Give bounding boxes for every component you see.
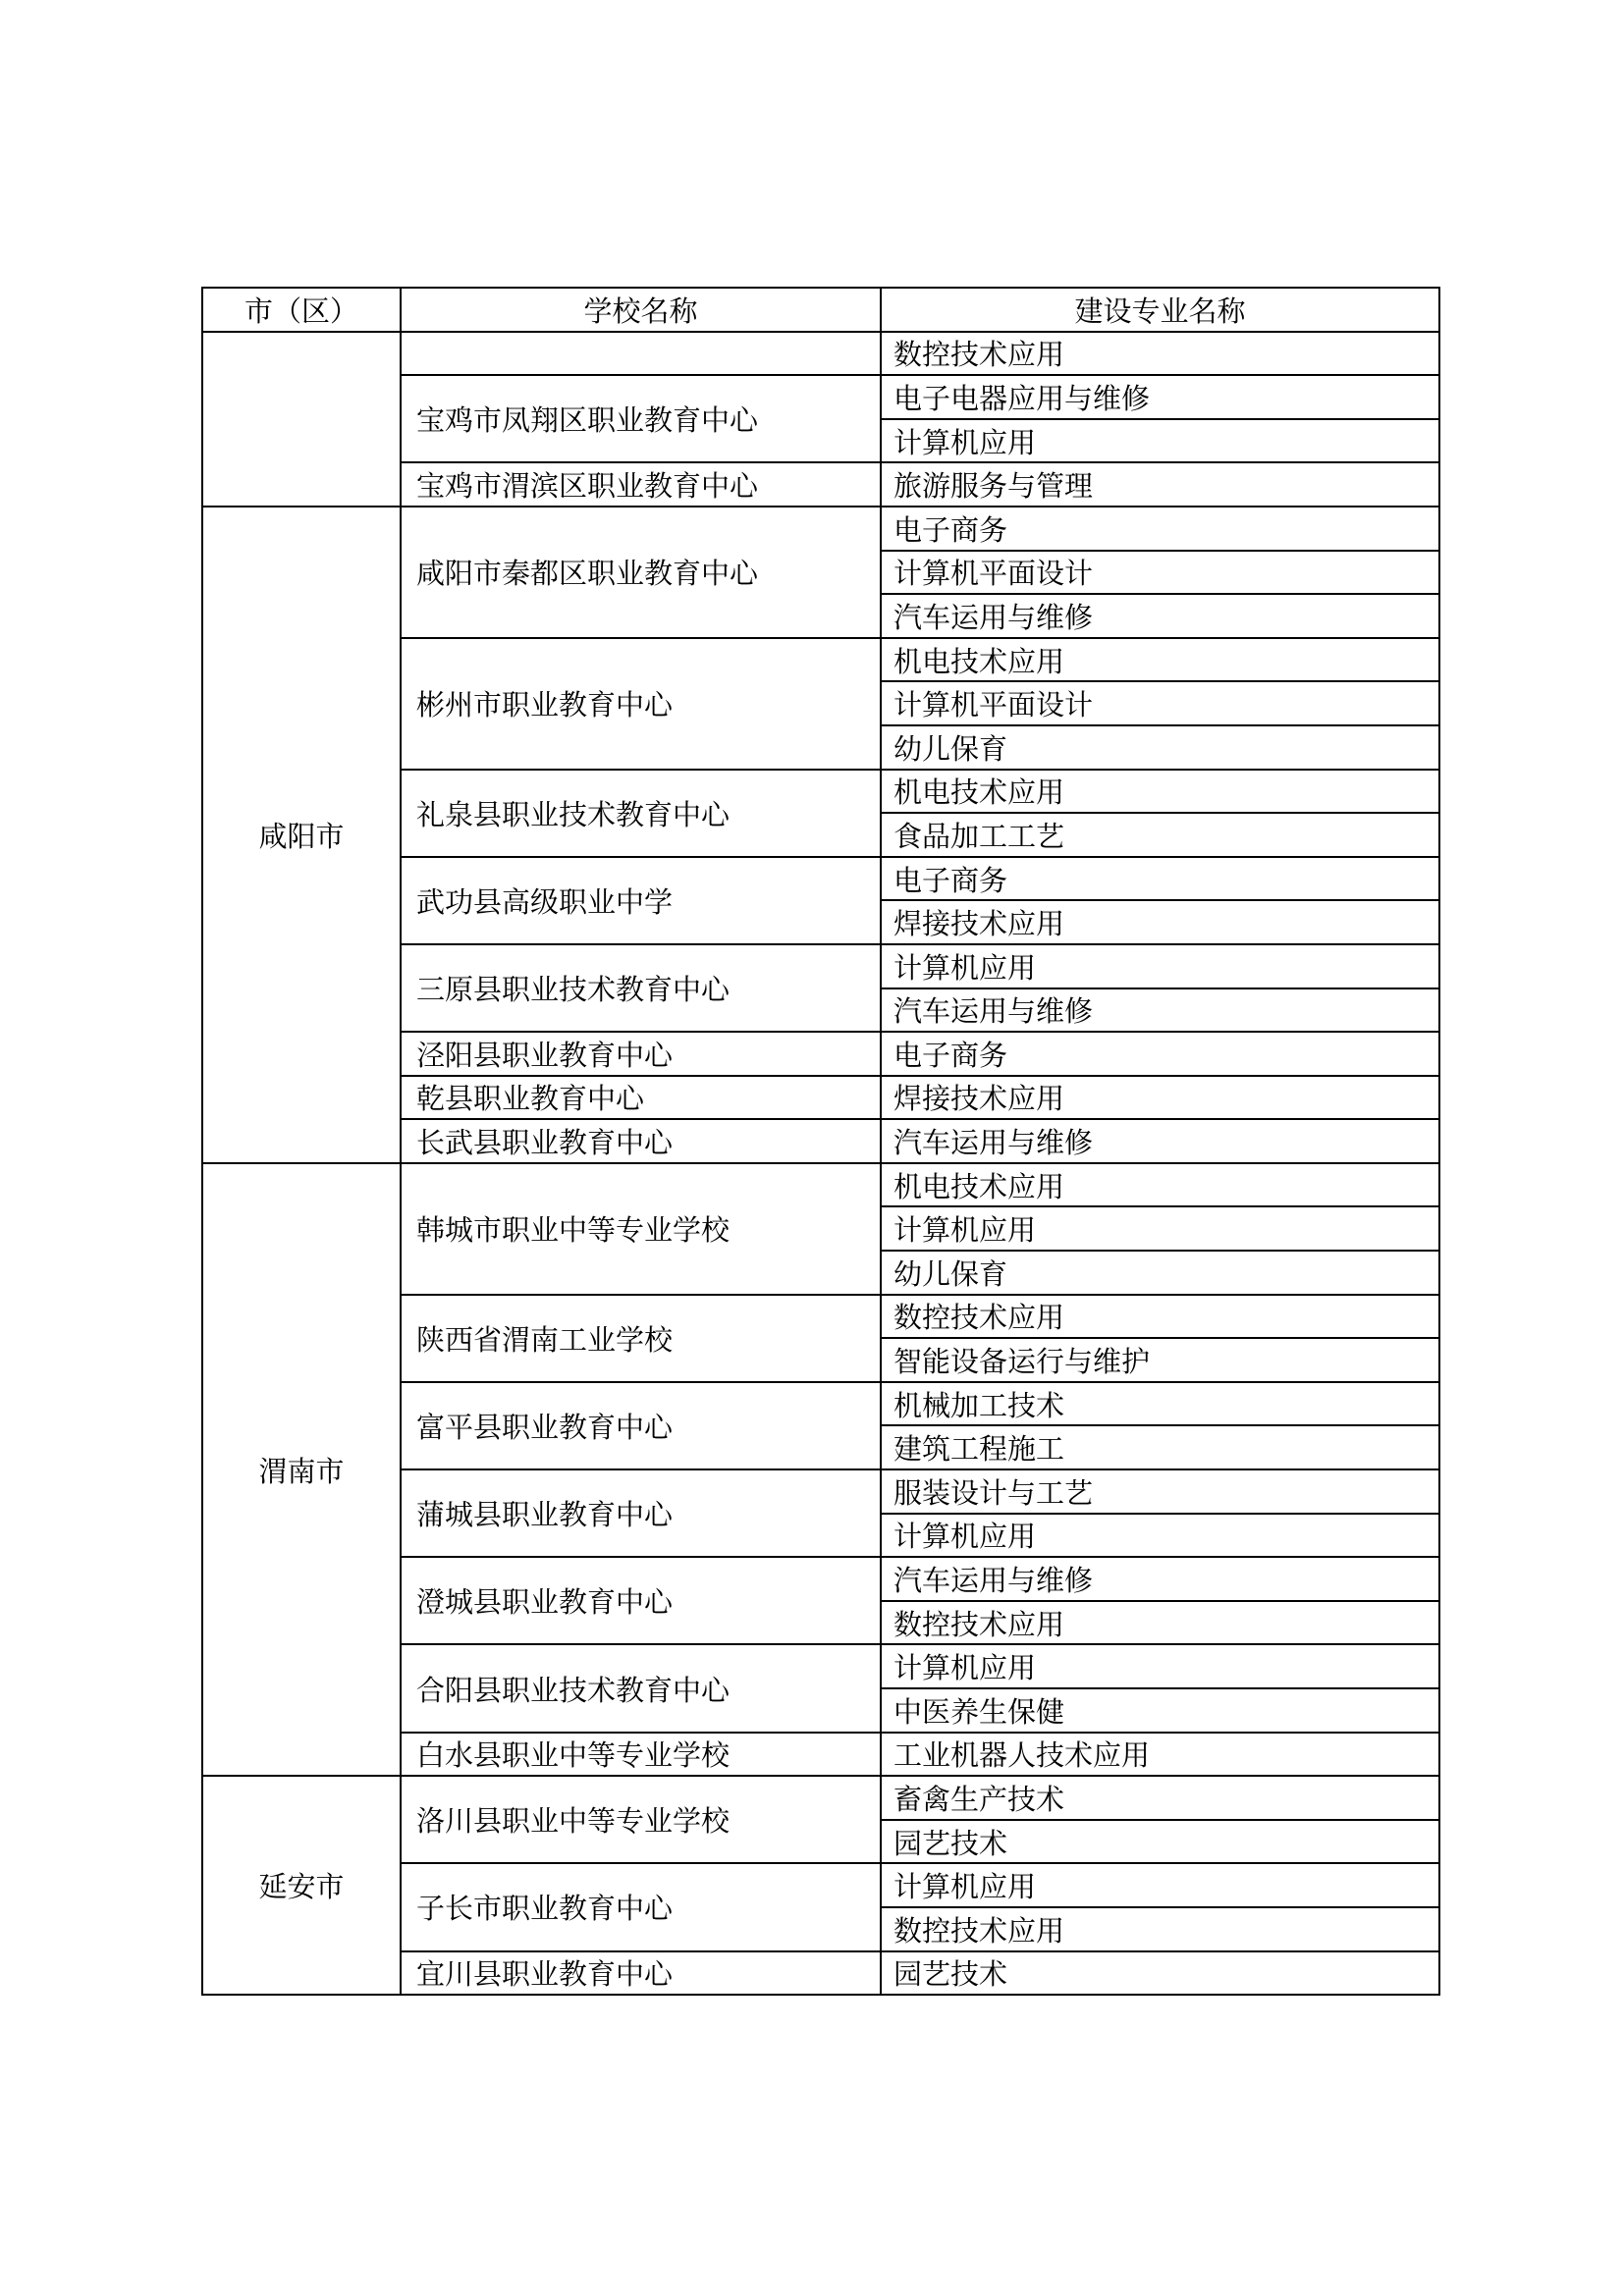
major-cell: 建筑工程施工 xyxy=(881,1425,1439,1469)
major-cell: 旅游服务与管理 xyxy=(881,462,1439,507)
major-cell: 电子商务 xyxy=(881,857,1439,901)
major-cell: 计算机应用 xyxy=(881,944,1439,988)
major-cell: 计算机应用 xyxy=(881,1644,1439,1688)
major-cell: 汽车运用与维修 xyxy=(881,594,1439,638)
major-cell: 中医养生保健 xyxy=(881,1688,1439,1733)
school-cell: 泾阳县职业教育中心 xyxy=(401,1032,881,1076)
school-cell xyxy=(401,332,881,376)
city-cell: 延安市 xyxy=(202,1776,401,1995)
major-cell: 电子商务 xyxy=(881,1032,1439,1076)
city-cell: 渭南市 xyxy=(202,1163,401,1776)
school-cell: 韩城市职业中等专业学校 xyxy=(401,1163,881,1295)
school-cell: 合阳县职业技术教育中心 xyxy=(401,1644,881,1732)
major-cell: 机电技术应用 xyxy=(881,1163,1439,1207)
major-cell: 焊接技术应用 xyxy=(881,1076,1439,1120)
major-cell: 机电技术应用 xyxy=(881,770,1439,814)
major-cell: 幼儿保育 xyxy=(881,1251,1439,1295)
city-cell: 咸阳市 xyxy=(202,507,401,1163)
school-cell: 武功县高级职业中学 xyxy=(401,857,881,944)
table-body: 数控技术应用宝鸡市凤翔区职业教育中心电子电器应用与维修计算机应用宝鸡市渭滨区职业… xyxy=(202,332,1439,1996)
major-cell: 工业机器人技术应用 xyxy=(881,1733,1439,1777)
header-school: 学校名称 xyxy=(401,288,881,332)
major-cell: 焊接技术应用 xyxy=(881,900,1439,944)
major-cell: 畜禽生产技术 xyxy=(881,1776,1439,1820)
major-cell: 电子商务 xyxy=(881,507,1439,551)
school-cell: 陕西省渭南工业学校 xyxy=(401,1295,881,1382)
major-cell: 机械加工技术 xyxy=(881,1382,1439,1426)
major-cell: 汽车运用与维修 xyxy=(881,988,1439,1033)
document-page: 市（区） 学校名称 建设专业名称 数控技术应用宝鸡市凤翔区职业教育中心电子电器应… xyxy=(0,0,1624,2296)
city-cell xyxy=(202,332,401,507)
school-cell: 长武县职业教育中心 xyxy=(401,1119,881,1163)
school-cell: 富平县职业教育中心 xyxy=(401,1382,881,1469)
table-header-row: 市（区） 学校名称 建设专业名称 xyxy=(202,288,1439,332)
school-cell: 宝鸡市凤翔区职业教育中心 xyxy=(401,375,881,462)
major-cell: 计算机平面设计 xyxy=(881,551,1439,595)
school-cell: 乾县职业教育中心 xyxy=(401,1076,881,1120)
school-cell: 洛川县职业中等专业学校 xyxy=(401,1776,881,1863)
major-cell: 食品加工工艺 xyxy=(881,813,1439,857)
school-cell: 白水县职业中等专业学校 xyxy=(401,1733,881,1777)
major-cell: 计算机应用 xyxy=(881,1206,1439,1251)
major-cell: 汽车运用与维修 xyxy=(881,1557,1439,1601)
header-major: 建设专业名称 xyxy=(881,288,1439,332)
major-cell: 汽车运用与维修 xyxy=(881,1119,1439,1163)
major-cell: 计算机应用 xyxy=(881,419,1439,463)
school-cell: 咸阳市秦都区职业教育中心 xyxy=(401,507,881,638)
table-row: 数控技术应用 xyxy=(202,332,1439,376)
major-cell: 幼儿保育 xyxy=(881,725,1439,770)
header-city: 市（区） xyxy=(202,288,401,332)
major-cell: 计算机平面设计 xyxy=(881,681,1439,725)
major-cell: 计算机应用 xyxy=(881,1863,1439,1907)
school-cell: 彬州市职业教育中心 xyxy=(401,638,881,770)
school-cell: 蒲城县职业教育中心 xyxy=(401,1469,881,1557)
major-cell: 数控技术应用 xyxy=(881,1907,1439,1951)
school-cell: 宜川县职业教育中心 xyxy=(401,1951,881,1996)
table-row: 咸阳市咸阳市秦都区职业教育中心电子商务 xyxy=(202,507,1439,551)
school-cell: 宝鸡市渭滨区职业教育中心 xyxy=(401,462,881,507)
major-cell: 机电技术应用 xyxy=(881,638,1439,682)
major-cell: 数控技术应用 xyxy=(881,1601,1439,1645)
school-cell: 澄城县职业教育中心 xyxy=(401,1557,881,1644)
table-row: 延安市洛川县职业中等专业学校畜禽生产技术 xyxy=(202,1776,1439,1820)
major-cell: 计算机应用 xyxy=(881,1514,1439,1558)
school-cell: 三原县职业技术教育中心 xyxy=(401,944,881,1032)
table-row: 渭南市韩城市职业中等专业学校机电技术应用 xyxy=(202,1163,1439,1207)
major-cell: 园艺技术 xyxy=(881,1820,1439,1864)
major-cell: 服装设计与工艺 xyxy=(881,1469,1439,1514)
major-cell: 电子电器应用与维修 xyxy=(881,375,1439,419)
major-cell: 数控技术应用 xyxy=(881,1295,1439,1339)
majors-table: 市（区） 学校名称 建设专业名称 数控技术应用宝鸡市凤翔区职业教育中心电子电器应… xyxy=(201,287,1440,1996)
school-cell: 子长市职业教育中心 xyxy=(401,1863,881,1950)
major-cell: 数控技术应用 xyxy=(881,332,1439,376)
school-cell: 礼泉县职业技术教育中心 xyxy=(401,770,881,857)
major-cell: 园艺技术 xyxy=(881,1951,1439,1996)
major-cell: 智能设备运行与维护 xyxy=(881,1338,1439,1382)
